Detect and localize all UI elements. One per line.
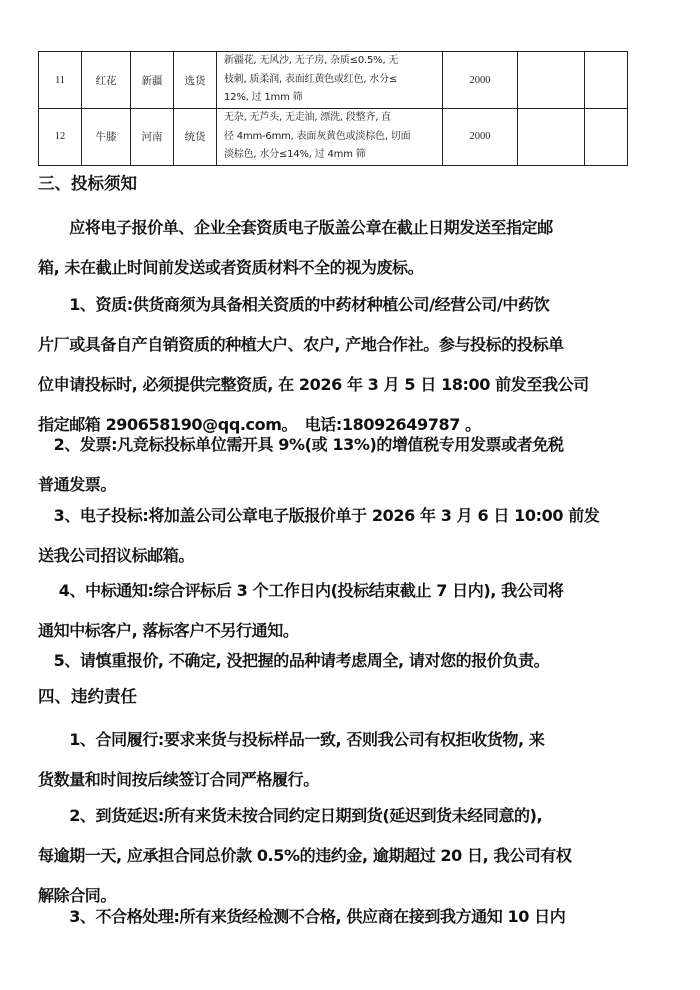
cell-no: 11: [39, 52, 82, 109]
spec-line: 枝刺, 质柔润, 表面红黄色或红色, 水分≤: [224, 71, 438, 90]
cell-blank-8: [585, 109, 628, 166]
spec-line: 径 4mm-6mm, 表面灰黄色或淡棕色, 切面: [224, 128, 438, 147]
text-line: 箱, 未在截止时间前发送或者资质材料不全的视为废标。: [38, 248, 663, 288]
text-line: 应将电子报价单、企业全套资质电子版盖公章在截止日期发送至指定邮: [38, 208, 663, 248]
paragraph-invoice: 2、发票:凡竞标投标单位需开具 9%(或 13%)的增值税专用发票或者免税 普通…: [38, 425, 663, 505]
cell-quantity: 2000: [443, 52, 518, 109]
section-heading-bidding-notice: 三、投标须知: [38, 170, 137, 194]
cell-blank-8: [585, 52, 628, 109]
cell-spec: 无杂, 无芦头, 无走油, 漂洗, 段整齐, 直 径 4mm-6mm, 表面灰黄…: [217, 109, 443, 166]
cell-spec: 新疆花, 无风沙, 无子房, 杂质≤0.5%, 无 枝刺, 质柔润, 表面红黄色…: [217, 52, 443, 109]
text-line: 4、中标通知:综合评标后 3 个工作日内(投标结束截止 7 日内), 我公司将: [38, 571, 663, 611]
paragraph-intro: 应将电子报价单、企业全套资质电子版盖公章在截止日期发送至指定邮 箱, 未在截止时…: [38, 208, 663, 288]
cell-grade: 选货: [174, 52, 217, 109]
spec-line: 淡棕色, 水分≤14%, 过 4mm 筛: [224, 146, 438, 165]
cell-blank-7: [518, 109, 585, 166]
cell-name: 牛膝: [82, 109, 131, 166]
table-row: 12 牛膝 河南 统货 无杂, 无芦头, 无走油, 漂洗, 段整齐, 直 径 4…: [39, 109, 628, 166]
cell-name: 红花: [82, 52, 131, 109]
table-row: 11 红花 新疆 选货 新疆花, 无风沙, 无子房, 杂质≤0.5%, 无 枝刺…: [39, 52, 628, 109]
text-line: 货数量和时间按后续签订合同严格履行。: [38, 760, 663, 800]
text-line: 3、不合格处理:所有来货经检测不合格, 供应商在接到我方通知 10 日内: [38, 897, 663, 937]
cell-origin: 新疆: [131, 52, 174, 109]
document-page: 11 红花 新疆 选货 新疆花, 无风沙, 无子房, 杂质≤0.5%, 无 枝刺…: [0, 0, 700, 990]
section-heading-breach-liability: 四、违约责任: [38, 683, 137, 707]
text-line: 5、请慎重报价, 不确定, 没把握的品种请考虑周全, 请对您的报价负责。: [38, 641, 663, 681]
text-line: 2、到货延迟:所有来货未按合同约定日期到货(延迟到货未经同意的),: [38, 796, 663, 836]
cell-quantity: 2000: [443, 109, 518, 166]
text-line: 2、发票:凡竞标投标单位需开具 9%(或 13%)的增值税专用发票或者免税: [38, 425, 663, 465]
text-line: 1、资质:供货商须为具备相关资质的中药材种植公司/经营公司/中药饮: [38, 285, 663, 325]
spec-line: 无杂, 无芦头, 无走油, 漂洗, 段整齐, 直: [224, 109, 438, 128]
bid-items-table: 11 红花 新疆 选货 新疆花, 无风沙, 无子房, 杂质≤0.5%, 无 枝刺…: [38, 51, 628, 166]
paragraph-nonconformance: 3、不合格处理:所有来货经检测不合格, 供应商在接到我方通知 10 日内: [38, 897, 663, 937]
text-line: 位申请投标时, 必须提供完整资质, 在 2026 年 3 月 5 日 18:00…: [38, 365, 663, 405]
text-line: 片厂或具备自产自销资质的种植大户、农户, 产地合作社。参与投标的投标单: [38, 325, 663, 365]
cell-no: 12: [39, 109, 82, 166]
paragraph-contract-performance: 1、合同履行:要求来货与投标样品一致, 否则我公司有权拒收货物, 来 货数量和时…: [38, 720, 663, 800]
text-line: 每逾期一天, 应承担合同总价款 0.5%的违约金, 逾期超过 20 日, 我公司…: [38, 836, 663, 876]
spec-line: 新疆花, 无风沙, 无子房, 杂质≤0.5%, 无: [224, 52, 438, 71]
paragraph-careful-quote: 5、请慎重报价, 不确定, 没把握的品种请考虑周全, 请对您的报价负责。: [38, 641, 663, 681]
text-line: 1、合同履行:要求来货与投标样品一致, 否则我公司有权拒收货物, 来: [38, 720, 663, 760]
paragraph-award-notice: 4、中标通知:综合评标后 3 个工作日内(投标结束截止 7 日内), 我公司将 …: [38, 571, 663, 651]
cell-grade: 统货: [174, 109, 217, 166]
cell-origin: 河南: [131, 109, 174, 166]
paragraph-electronic-bid: 3、电子投标:将加盖公司公章电子版报价单于 2026 年 3 月 6 日 10:…: [38, 496, 663, 576]
spec-line: 12%, 过 1mm 筛: [224, 89, 438, 108]
cell-blank-7: [518, 52, 585, 109]
text-line: 3、电子投标:将加盖公司公章电子版报价单于 2026 年 3 月 6 日 10:…: [38, 496, 663, 536]
paragraph-qualification: 1、资质:供货商须为具备相关资质的中药材种植公司/经营公司/中药饮 片厂或具备自…: [38, 285, 663, 445]
text-line: 送我公司招议标邮箱。: [38, 536, 663, 576]
